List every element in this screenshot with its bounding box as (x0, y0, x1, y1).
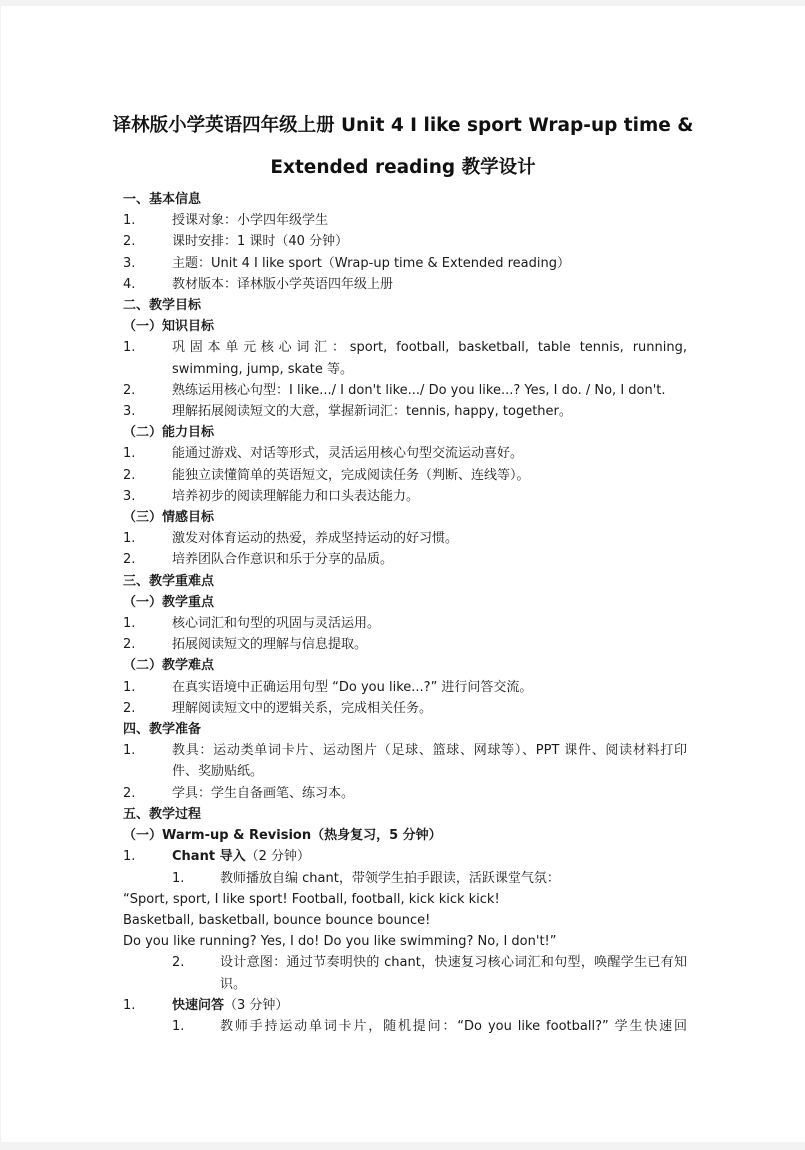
list-number: 2. (123, 634, 135, 655)
list-text: 教师手持运动单词卡片，随机提问：“Do you like football?” … (220, 1016, 687, 1037)
document-body: 一、基本信息 1. 授课对象：小学四年级学生 2. 课时安排：1 课时（40 分… (123, 189, 687, 1037)
section-heading-key-points: 三、教学重难点 (123, 571, 687, 592)
list-number: 1. (172, 1016, 184, 1037)
chant-line: Do you like running? Yes, I do! Do you l… (123, 931, 687, 952)
list-item: 2. 培养团队合作意识和乐于分享的品质。 (123, 549, 687, 570)
list-number: 1. (123, 528, 135, 549)
list-number: 1. (123, 846, 135, 867)
list-text: 核心词汇和句型的巩固与灵活运用。 (172, 613, 687, 634)
list-number: 1. (172, 868, 184, 889)
list-text: 设计意图：通过节奏明快的 chant，快速复习核心词汇和句型，唤醒学生已有知识。 (220, 952, 687, 994)
list-number: 2. (123, 380, 135, 401)
list-item: 2. 能独立读懂简单的英语短文，完成阅读任务（判断、连线等）。 (123, 465, 687, 486)
subsection-heading-knowledge: （一）知识目标 (123, 316, 687, 337)
document-title-line-1: 译林版小学英语四年级上册 Unit 4 I like sport Wrap-up… (1, 111, 805, 137)
list-text: 在真实语境中正确运用句型 “Do you like...?” 进行问答交流。 (172, 677, 687, 698)
list-number: 1. (123, 613, 135, 634)
list-number: 2. (123, 549, 135, 570)
list-text: 能独立读懂简单的英语短文，完成阅读任务（判断、连线等）。 (172, 465, 687, 486)
list-number: 3. (123, 253, 135, 274)
list-item: 2. 理解阅读短文中的逻辑关系，完成相关任务。 (123, 698, 687, 719)
list-number: 1. (123, 995, 135, 1016)
list-item: 2. 课时安排：1 课时（40 分钟） (123, 231, 687, 252)
chant-line: “Sport, sport, I like sport! Football, f… (123, 889, 687, 910)
list-text: 拓展阅读短文的理解与信息提取。 (172, 634, 687, 655)
list-number: 2. (123, 465, 135, 486)
document-page: 译林版小学英语四年级上册 Unit 4 I like sport Wrap-up… (1, 6, 805, 1142)
list-number: 4. (123, 274, 135, 295)
list-text: 巩固本单元核心词汇：sport, football, basketball, t… (172, 337, 687, 379)
list-number: 2. (123, 231, 135, 252)
list-number: 2. (123, 698, 135, 719)
chant-line: Basketball, basketball, bounce bounce bo… (123, 910, 687, 931)
list-number: 2. (123, 783, 135, 804)
section-heading-process: 五、教学过程 (123, 804, 687, 825)
list-text: 理解拓展阅读短文的大意，掌握新词汇：tennis, happy, togethe… (172, 401, 687, 422)
step-chant: 1. Chant 导入（2 分钟） (123, 846, 687, 867)
list-text: 培养团队合作意识和乐于分享的品质。 (172, 549, 687, 570)
section-heading-basic-info: 一、基本信息 (123, 189, 687, 210)
section-heading-preparation: 四、教学准备 (123, 719, 687, 740)
subsection-heading-emotion: （三）情感目标 (123, 507, 687, 528)
step-title: 快速问答 (172, 998, 224, 1013)
step-duration: （3 分钟） (224, 998, 288, 1013)
subsection-heading-warmup: （一）Warm-up & Revision（热身复习，5 分钟） (123, 825, 687, 846)
subsection-heading-ability: （二）能力目标 (123, 422, 687, 443)
list-text: 主题：Unit 4 I like sport（Wrap-up time & Ex… (172, 253, 687, 274)
list-item: 1. 授课对象：小学四年级学生 (123, 210, 687, 231)
list-item: 3. 主题：Unit 4 I like sport（Wrap-up time &… (123, 253, 687, 274)
list-number: 3. (123, 486, 135, 507)
list-text: 授课对象：小学四年级学生 (172, 210, 687, 231)
list-item: 1. 在真实语境中正确运用句型 “Do you like...?” 进行问答交流… (123, 677, 687, 698)
step-quick-qa: 1. 快速问答（3 分钟） (123, 995, 687, 1016)
step-title: Chant 导入 (172, 849, 246, 864)
list-number: 1. (123, 443, 135, 464)
list-text: 理解阅读短文中的逻辑关系，完成相关任务。 (172, 698, 687, 719)
list-text: 教具：运动类单词卡片、运动图片（足球、篮球、网球等）、PPT 课件、阅读材料打印… (172, 740, 687, 782)
list-number: 3. (123, 401, 135, 422)
section-heading-objectives: 二、教学目标 (123, 295, 687, 316)
list-number: 2. (172, 952, 184, 973)
list-number: 1. (123, 677, 135, 698)
list-text: 熟练运用核心句型：I like.../ I don't like.../ Do … (172, 380, 687, 401)
list-text: 课时安排：1 课时（40 分钟） (172, 231, 687, 252)
subsection-heading-focus: （一）教学重点 (123, 592, 687, 613)
list-item: 3. 理解拓展阅读短文的大意，掌握新词汇：tennis, happy, toge… (123, 401, 687, 422)
list-item: 1. 巩固本单元核心词汇：sport, football, basketball… (123, 337, 687, 379)
list-text: 教材版本：译林版小学英语四年级上册 (172, 274, 687, 295)
sub-list-item: 1. 教师播放自编 chant，带领学生拍手跟读，活跃课堂气氛： (123, 868, 687, 889)
subsection-heading-difficulty: （二）教学难点 (123, 655, 687, 676)
document-title-line-2: Extended reading 教学设计 (1, 153, 805, 179)
list-item: 2. 学具：学生自备画笔、练习本。 (123, 783, 687, 804)
list-item: 1. 能通过游戏、对话等形式，灵活运用核心句型交流运动喜好。 (123, 443, 687, 464)
list-item: 4. 教材版本：译林版小学英语四年级上册 (123, 274, 687, 295)
list-text: 学具：学生自备画笔、练习本。 (172, 783, 687, 804)
sub-list-item-design-intent: 2. 设计意图：通过节奏明快的 chant，快速复习核心词汇和句型，唤醒学生已有… (123, 952, 687, 994)
list-item: 2. 拓展阅读短文的理解与信息提取。 (123, 634, 687, 655)
list-item: 3. 培养初步的阅读理解能力和口头表达能力。 (123, 486, 687, 507)
list-text: 激发对体育运动的热爱，养成坚持运动的好习惯。 (172, 528, 687, 549)
sub-list-item: 1. 教师手持运动单词卡片，随机提问：“Do you like football… (123, 1016, 687, 1037)
list-item: 1. 核心词汇和句型的巩固与灵活运用。 (123, 613, 687, 634)
list-number: 1. (123, 740, 135, 761)
step-duration: （2 分钟） (246, 849, 310, 864)
list-text: 能通过游戏、对话等形式，灵活运用核心句型交流运动喜好。 (172, 443, 687, 464)
list-item: 2. 熟练运用核心句型：I like.../ I don't like.../ … (123, 380, 687, 401)
list-item: 1. 教具：运动类单词卡片、运动图片（足球、篮球、网球等）、PPT 课件、阅读材… (123, 740, 687, 782)
list-number: 1. (123, 337, 135, 358)
list-text: 培养初步的阅读理解能力和口头表达能力。 (172, 486, 687, 507)
list-number: 1. (123, 210, 135, 231)
list-item: 1. 激发对体育运动的热爱，养成坚持运动的好习惯。 (123, 528, 687, 549)
list-text: 教师播放自编 chant，带领学生拍手跟读，活跃课堂气氛： (220, 868, 687, 889)
